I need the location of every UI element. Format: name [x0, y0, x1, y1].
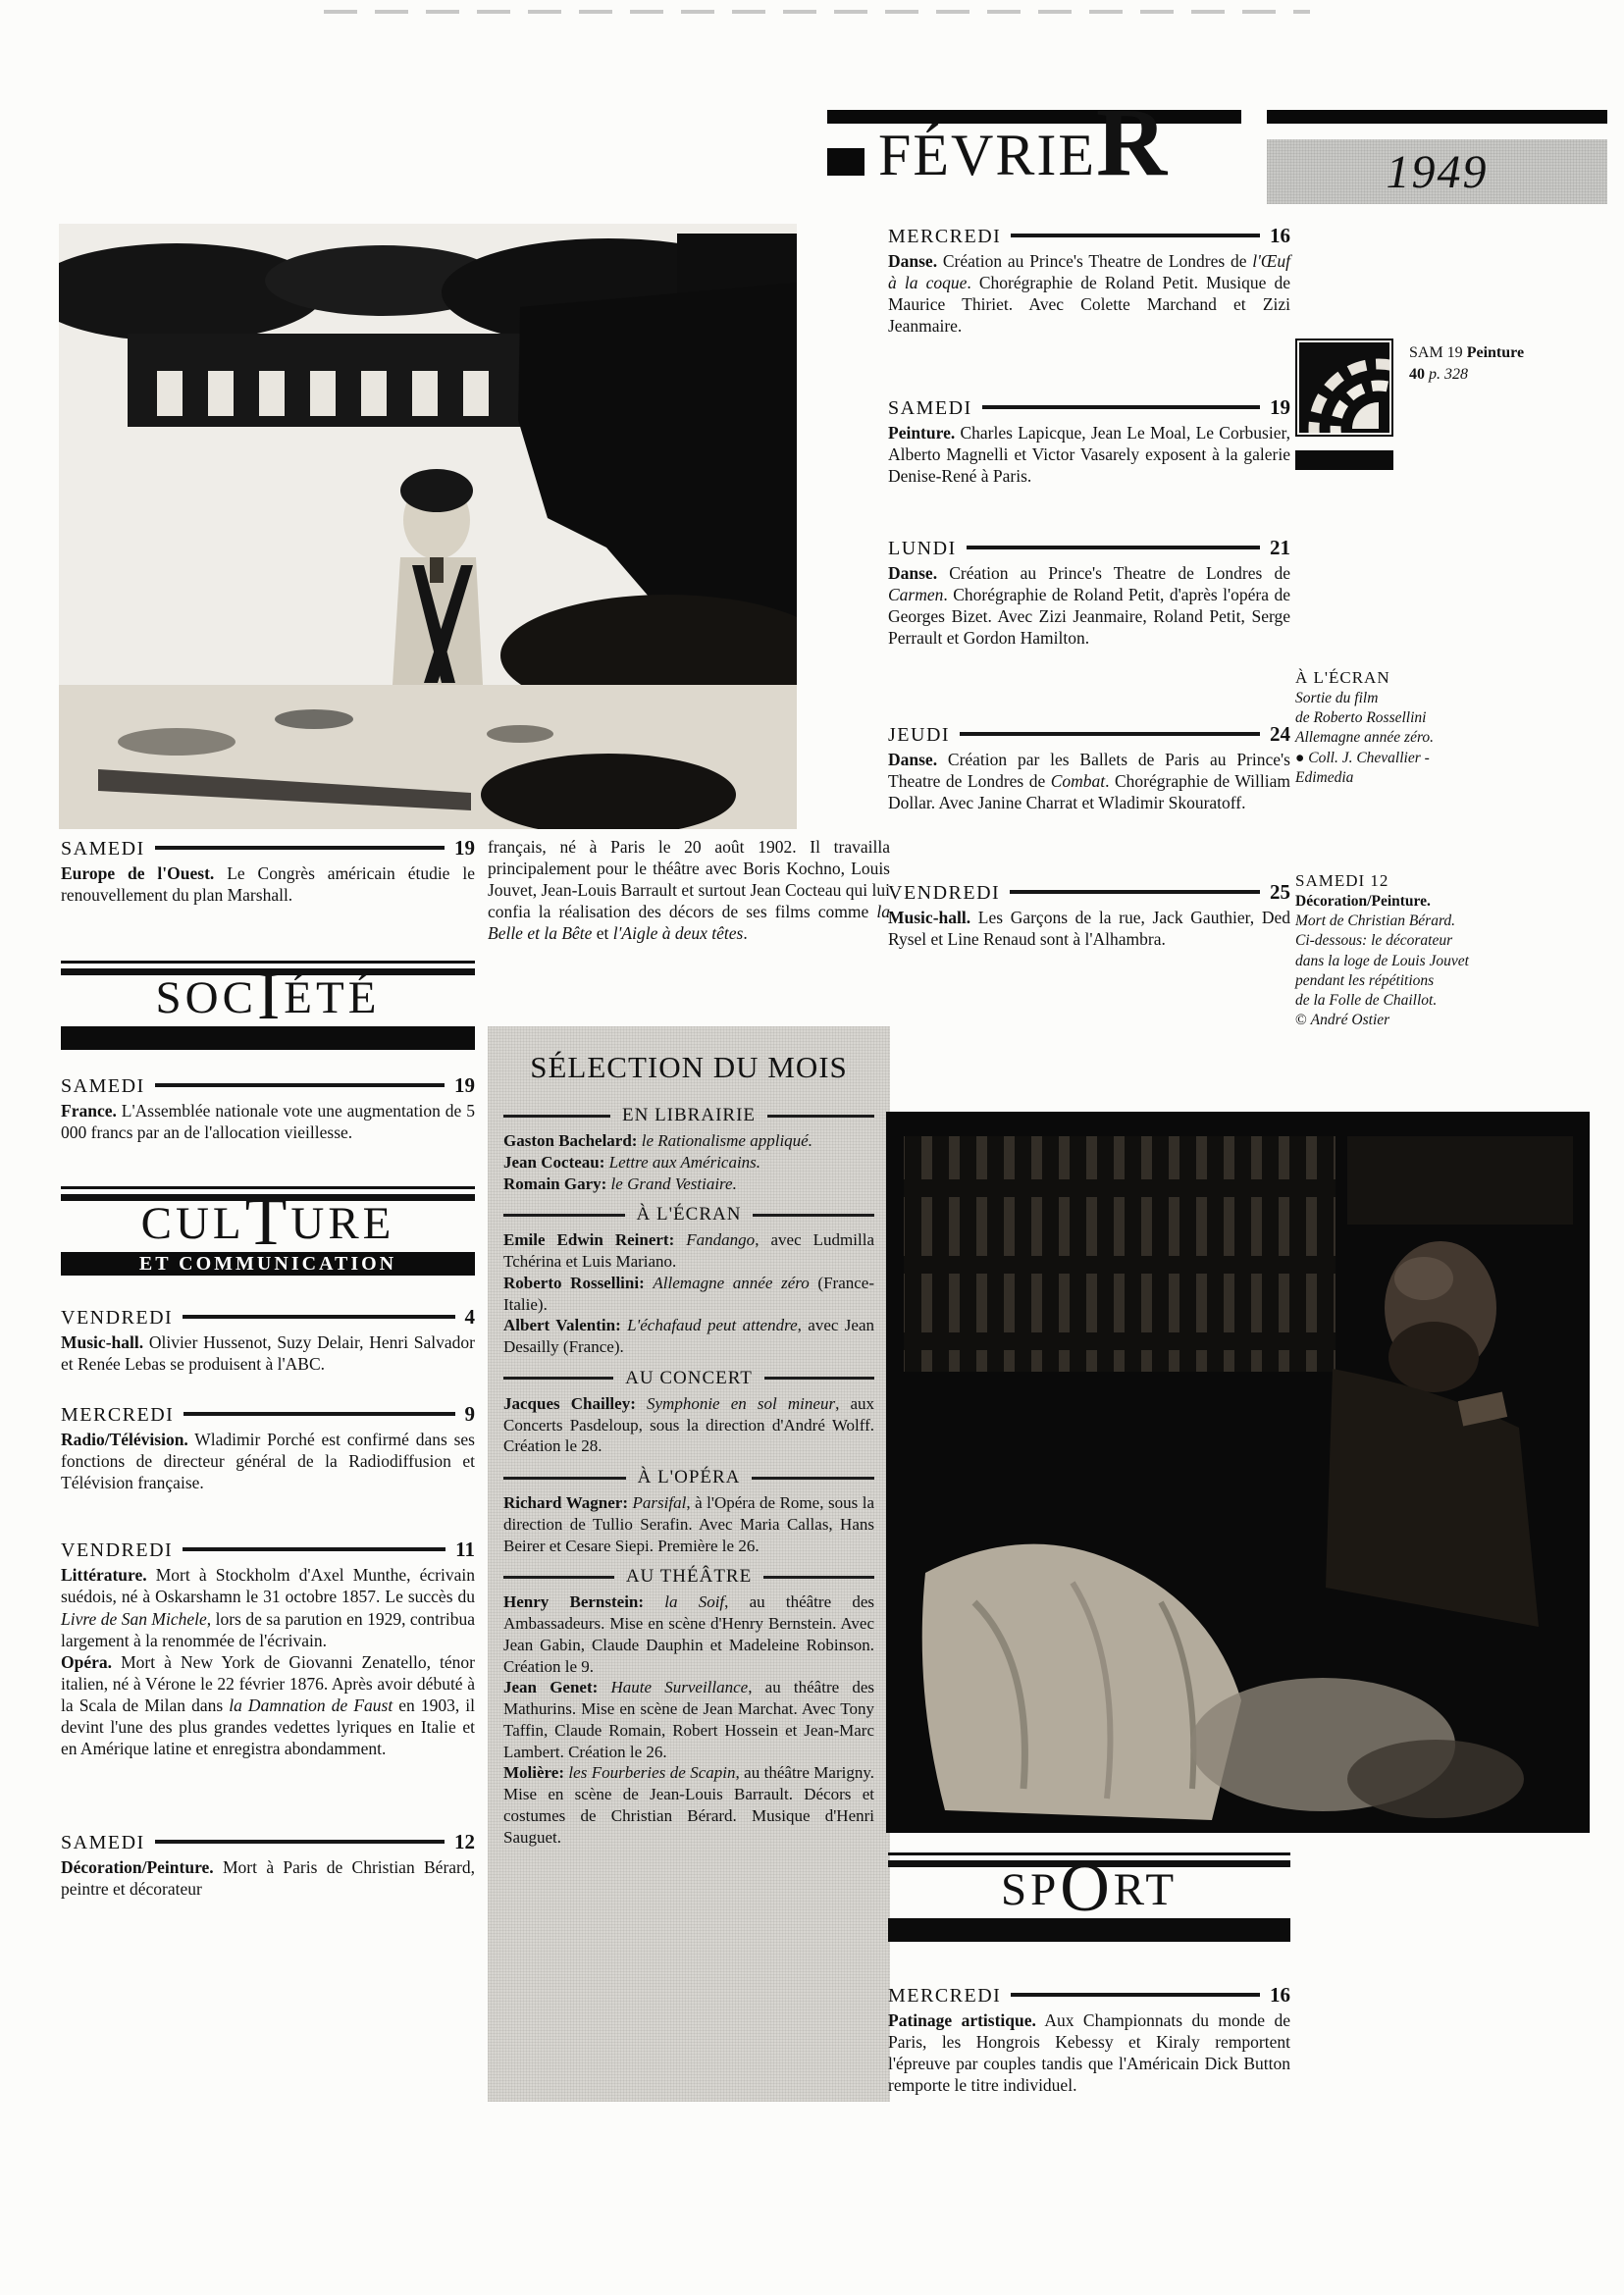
note-title: À L'ÉCRAN [1295, 667, 1590, 689]
painting-thumbnail-block [1295, 339, 1393, 470]
entry-day: SAMEDI [61, 1075, 145, 1098]
masthead-square-bullet [827, 148, 864, 176]
head-rule [503, 1377, 613, 1380]
entry-date-number: 4 [465, 1305, 476, 1330]
sidebar-note-decoration: SAMEDI 12 Décoration/Peinture.Mort de Ch… [1295, 870, 1590, 1030]
entry-date-number: 24 [1270, 722, 1290, 747]
column-left: SAMEDI 19 Europe de l'Ouest. Le Congrès … [61, 836, 475, 1900]
entry-date-number: 9 [465, 1402, 476, 1427]
entry-date-number: 21 [1270, 536, 1290, 560]
day-entry: LUNDI 21 Danse. Création au Prince's The… [888, 536, 1290, 649]
entry-date-number: 19 [454, 1073, 475, 1098]
photo-berard-loge [886, 1112, 1590, 1833]
entry-date-number: 12 [454, 1830, 475, 1854]
head-label: AU THÉÂTRE [614, 1566, 763, 1588]
entry-text: Danse. Création par les Ballets de Paris… [888, 749, 1290, 813]
section-sport: SPORT MERCREDI 16 Patinage artistique. A… [888, 1852, 1290, 2096]
underline-rule [183, 1315, 454, 1319]
entry-date-number: 19 [454, 836, 475, 861]
entry-day: MERCREDI [888, 226, 1001, 248]
selection-section-head: À L'ÉCRAN [503, 1204, 874, 1226]
note-title: SAMEDI 12 [1295, 870, 1590, 892]
entry-day: LUNDI [888, 538, 957, 560]
thumbnail-underbar [1295, 450, 1393, 470]
selection-item: Henry Bernstein: la Soif, au théâtre des… [503, 1591, 874, 1677]
entry-text: Décoration/Peinture. Mort à Paris de Chr… [61, 1856, 475, 1900]
year-box: 1949 [1267, 139, 1607, 204]
entry-text: France. L'Assemblée nationale vote une a… [61, 1100, 475, 1143]
entry-day: SAMEDI [888, 397, 972, 420]
entry-day: VENDREDI [61, 1307, 173, 1330]
entry-day: MERCREDI [61, 1404, 174, 1427]
entry-text: Radio/Télévision. Wladimir Porché est co… [61, 1429, 475, 1493]
section-title: SOCIÉTÉ [61, 975, 475, 1021]
masthead: FÉVRIER 1949 [827, 110, 1607, 204]
head-rule [753, 1214, 874, 1217]
selection-item: Gaston Bachelard: le Rationalisme appliq… [503, 1130, 874, 1152]
selection-section-head: À L'OPÉRA [503, 1467, 874, 1488]
masthead-rule [827, 110, 1241, 124]
head-rule [763, 1576, 874, 1579]
column-right: MERCREDI 16 Danse. Création au Prince's … [888, 224, 1290, 950]
entry-date-number: 19 [1270, 395, 1290, 420]
entry-text: Danse. Création au Prince's Theatre de L… [888, 250, 1290, 337]
underline-rule [155, 1083, 445, 1087]
head-rule [503, 1214, 625, 1217]
head-rule [767, 1115, 874, 1118]
underline-rule [155, 1840, 445, 1844]
caption-line: 40 p. 328 [1409, 364, 1620, 386]
head-label: AU CONCERT [613, 1368, 764, 1389]
month-title: FÉVRIER [878, 126, 1167, 184]
underline-rule [967, 546, 1260, 549]
selection-item: Jacques Chailley: Symphonie en sol mineu… [503, 1393, 874, 1457]
entry-text: Music-hall. Les Garçons de la rue, Jack … [888, 907, 1290, 950]
masthead-year-rule [1267, 110, 1607, 124]
entry-text: Europe de l'Ouest. Le Congrès américain … [61, 862, 475, 906]
day-entry: SAMEDI 19 France. L'Assemblée nationale … [61, 1073, 475, 1143]
painting-thumbnail [1295, 339, 1393, 437]
head-label: À L'ÉCRAN [625, 1204, 754, 1226]
selection-section-head: AU CONCERT [503, 1368, 874, 1389]
masthead-month-block: FÉVRIER [827, 110, 1241, 204]
underline-rule [155, 846, 445, 850]
entry-text: Opéra. Mort à New York de Giovanni Zenat… [61, 1651, 475, 1759]
scan-artifact-line [324, 10, 1310, 14]
section-title: CULTURE [61, 1201, 475, 1247]
entry-day: SAMEDI [61, 1832, 145, 1854]
underline-rule [960, 732, 1260, 736]
underline-rule [1011, 234, 1260, 237]
selection-item: Molière: les Fourberies de Scapin, au th… [503, 1762, 874, 1848]
selection-section-head: AU THÉÂTRE [503, 1566, 874, 1588]
entry-day: MERCREDI [888, 1985, 1001, 2008]
photo-boy-in-ruins [59, 224, 797, 829]
entry-text: Music-hall. Olivier Hussenot, Suzy Delai… [61, 1331, 475, 1375]
entry-day: VENDREDI [61, 1539, 173, 1562]
selection-item: Emile Edwin Reinert: Fandango, avec Ludm… [503, 1229, 874, 1273]
head-label: EN LIBRAIRIE [610, 1105, 767, 1126]
day-entry: VENDREDI 11 Littérature. Mort à Stockhol… [61, 1538, 475, 1758]
day-entry: MERCREDI 16 Danse. Création au Prince's … [888, 224, 1290, 337]
selection-title: SÉLECTION DU MOIS [503, 1050, 874, 1085]
entry-day: VENDREDI [888, 882, 1000, 905]
year-label: 1949 [1387, 145, 1489, 199]
section-banner-sport: SPORT [888, 1852, 1290, 1942]
entry-day: SAMEDI [61, 838, 145, 861]
caption-line: SAM 19 Peinture [1409, 342, 1620, 364]
day-entry: JEUDI 24 Danse. Création par les Ballets… [888, 722, 1290, 813]
sidebar-note-ecran: À L'ÉCRAN Sortie du filmde Roberto Rosse… [1295, 667, 1590, 788]
selection-item: Jean Genet: Haute Surveillance, au théât… [503, 1677, 874, 1762]
day-entry: SAMEDI 12 Décoration/Peinture. Mort à Pa… [61, 1830, 475, 1900]
continuation-text: français, né à Paris le 20 août 1902. Il… [488, 836, 890, 944]
entry-text: Danse. Création au Prince's Theatre de L… [888, 562, 1290, 649]
underline-rule [1011, 1993, 1260, 1997]
section-banner-culture: CULTURE ET COMMUNICATION [61, 1186, 475, 1276]
day-entry: VENDREDI 25 Music-hall. Les Garçons de l… [888, 880, 1290, 950]
day-entry: VENDREDI 4 Music-hall. Olivier Hussenot,… [61, 1305, 475, 1375]
entry-day: JEUDI [888, 724, 950, 747]
underline-rule [1010, 890, 1260, 894]
head-rule [764, 1377, 874, 1380]
head-rule [503, 1477, 626, 1480]
masthead-year-block: 1949 [1267, 110, 1607, 204]
entry-text: Littérature. Mort à Stockholm d'Axel Mun… [61, 1564, 475, 1650]
section-title: SPORT [888, 1867, 1290, 1913]
underline-rule [183, 1412, 454, 1416]
entry-date-number: 25 [1270, 880, 1290, 905]
magazine-page: FÉVRIER 1949 [0, 0, 1624, 2295]
entry-text: Peinture. Charles Lapicque, Jean Le Moal… [888, 422, 1290, 487]
note-body: Décoration/Peinture.Mort de Christian Bé… [1295, 892, 1590, 1030]
thumbnail-caption: SAM 19 Peinture 40 p. 328 [1409, 342, 1620, 385]
day-entry: SAMEDI 19 Peinture. Charles Lapicque, Je… [888, 395, 1290, 487]
selection-section-head: EN LIBRAIRIE [503, 1105, 874, 1126]
selection-item: Roberto Rossellini: Allemagne année zéro… [503, 1273, 874, 1316]
day-entry: MERCREDI 16 Patinage artistique. Aux Cha… [888, 1983, 1290, 2096]
section-banner-societe: SOCIÉTÉ [61, 961, 475, 1050]
entry-date-number: 16 [1270, 224, 1290, 248]
entry-date-number: 16 [1270, 1983, 1290, 2008]
selection-item: Jean Cocteau: Lettre aux Américains. [503, 1152, 874, 1174]
entry-text: Patinage artistique. Aux Championnats du… [888, 2009, 1290, 2096]
column-middle: français, né à Paris le 20 août 1902. Il… [488, 834, 890, 2102]
head-label: À L'OPÉRA [626, 1467, 753, 1488]
month-final-letter: R [1096, 87, 1167, 196]
selection-item: Albert Valentin: L'échafaud peut attendr… [503, 1315, 874, 1358]
entry-date-number: 11 [455, 1538, 475, 1562]
underline-rule [982, 405, 1260, 409]
underline-rule [183, 1547, 445, 1551]
head-rule [503, 1115, 610, 1118]
head-rule [752, 1477, 874, 1480]
day-entry: MERCREDI 9 Radio/Télévision. Wladimir Po… [61, 1402, 475, 1493]
selection-item: Richard Wagner: Parsifal, à l'Opéra de R… [503, 1492, 874, 1556]
selection-item: Romain Gary: le Grand Vestiaire. [503, 1174, 874, 1195]
selection-du-mois-box: SÉLECTION DU MOIS EN LIBRAIRIE Gaston Ba… [488, 1026, 890, 2102]
note-body: Sortie du filmde Roberto RosselliniAllem… [1295, 689, 1590, 788]
day-entry: SAMEDI 19 Europe de l'Ouest. Le Congrès … [61, 836, 475, 906]
head-rule [503, 1576, 614, 1579]
